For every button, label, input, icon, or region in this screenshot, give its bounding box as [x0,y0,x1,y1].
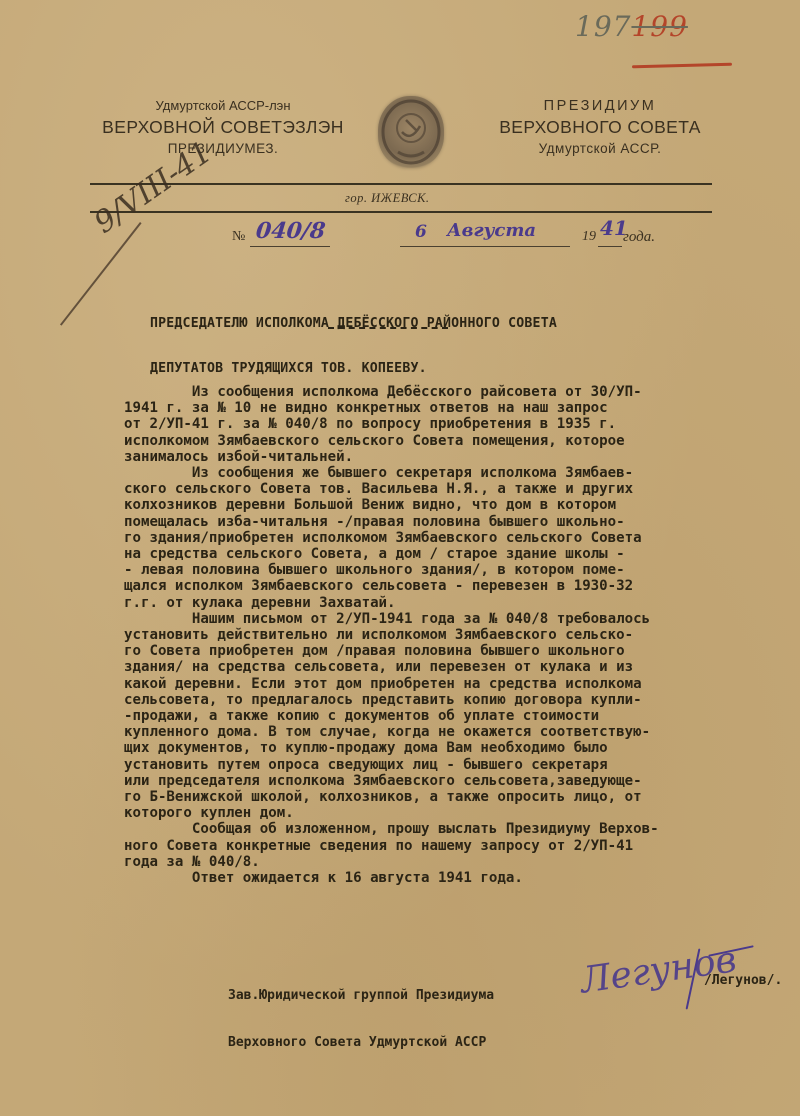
letterhead-left-line3: ПРЕЗИДИУМЕЗ. [78,139,368,159]
body-line: 1941 г. за № 10 не видно конкретных отве… [124,400,794,416]
body-line: щался исполком Зямбаевского сельсовета -… [124,578,794,594]
body-line: на средства сельского Совета, а дом / ст… [124,546,794,562]
body-line: установить путем опроса сведующих лиц - … [124,757,794,773]
city-label: гор. ИЖЕВСК. [345,191,430,206]
sheet-number-pencil: 197 [575,10,631,43]
year-underline [598,246,622,247]
body-line: ского сельского Совета тов. Васильева Н.… [124,481,794,497]
letterhead-udmurt: Удмуртской АССР-лэн ВЕРХОВНОЙ СОВЕТЭЗЛЭН… [78,97,368,159]
body-line: го Б-Венижской школой, колхозников, а та… [124,789,794,805]
letterhead-right-line2: ВЕРХОВНОГО СОВЕТА [455,115,745,139]
body-line: года за № 040/8. [124,854,794,870]
letterhead-left-line2: ВЕРХОВНОЙ СОВЕТЭЗЛЭН [78,115,368,139]
body-line: щих документов, то куплю-продажу дома Ва… [124,740,794,756]
emblem-icon [378,96,444,168]
document-number: 040/8 [255,218,327,244]
body-line: здания/ на средства сельсовета, или пере… [124,659,794,675]
year-word: года. [623,229,655,246]
body-line: - левая половина бывшего школьного здани… [124,562,794,578]
body-line: г.г. от кулака деревни Захватай. [124,595,794,611]
body-line: Из сообщения исполкома Дебёсского райсов… [124,384,794,400]
body-line: которого куплен дом. [124,805,794,821]
number-underline [250,246,330,247]
body-line: сельсовета, то предлагалось представить … [124,692,794,708]
letterhead-russian: ПРЕЗИДИУМ ВЕРХОВНОГО СОВЕТА Удмуртской А… [455,97,745,159]
red-underline-mark [632,63,732,69]
letterhead-right-line1: ПРЕЗИДИУМ [455,97,745,115]
margin-slash-mark [60,222,142,326]
signer-name: /Легунов/. [704,973,782,988]
header-divider-bottom [90,211,712,213]
signature-title-line1: Зав.Юридической группой Президиума [228,988,494,1004]
body-line: установить действительно ли исполкомом З… [124,627,794,643]
addressee: ПРЕДСЕДАТЕЛЮ ИСПОЛКОМА ДЕБЁССКОГО РАЙОНН… [150,286,557,391]
body-line: Из сообщения же бывшего секретаря исполк… [124,465,794,481]
signature-title: Зав.Юридической группой Президиума Верхо… [228,957,494,1066]
body-line: Ответ ожидается к 16 августа 1941 года. [124,870,794,886]
addressee-underline [328,327,448,329]
body-line: купленного дома. В том случае, когда не … [124,724,794,740]
body-line: помещалась изба-читальня -/правая полови… [124,514,794,530]
date-month: Августа [447,220,536,241]
signature-title-line2: Верховного Совета Удмуртской АССР [228,1035,494,1051]
body-line: Сообщая об изложенном, прошу выслать Пре… [124,821,794,837]
body-line: ного Совета конкретные сведения по нашем… [124,838,794,854]
letter-body: Из сообщения исполкома Дебёсского райсов… [124,384,794,886]
body-line: занималось избой-читальней. [124,449,794,465]
body-line: от 2/УП-41 г. за № 040/8 по вопросу прио… [124,416,794,432]
letterhead-left-line1: Удмуртской АССР-лэн [78,97,368,115]
body-line: го Совета приобретен дом /правая половин… [124,643,794,659]
coat-of-arms-icon [378,96,444,168]
date-underline [400,246,570,247]
addressee-line2: ДЕПУТАТОВ ТРУДЯЩИХСЯ ТОВ. КОПЕЕВУ. [150,361,557,376]
sheet-number-red: 199 [631,10,687,43]
year-prefix: 19 [582,229,596,245]
body-line: или председателя исполкома Зямбаевского … [124,773,794,789]
body-line: Нашим письмом от 2/УП-1941 года за № 040… [124,611,794,627]
body-line: колхозников деревни Большой Вениж видно,… [124,497,794,513]
letterhead-right-line3: Удмуртской АССР. [455,139,745,159]
handwritten-signature: Легунов [578,939,739,1001]
body-line: го здания/приобретен исполкомом Зямбаевс… [124,530,794,546]
date-day: 6 [415,222,427,242]
archive-sheet-number: 197199 [575,10,688,43]
body-line: -продажи, а также копию с документов об … [124,708,794,724]
body-line: исполкомом Зямбаевского сельского Совета… [124,433,794,449]
body-line: какой деревни. Если этот дом приобретен … [124,676,794,692]
number-label: № [232,229,245,245]
